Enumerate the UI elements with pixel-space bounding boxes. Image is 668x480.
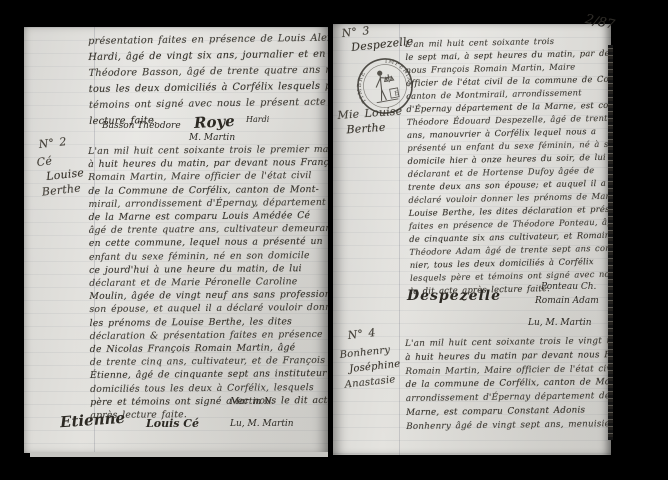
signature-ponteau: Ponteau Ch. [541, 282, 596, 292]
page-edge-right [608, 45, 613, 440]
register-scan: présentation faites en présence de Louis… [0, 0, 668, 480]
entry-2-text: L'an mil huit cent soixante trois le pre… [88, 143, 326, 422]
entry-4-text: L'an mil huit cent soixante trois le vin… [405, 335, 610, 434]
handwritten-line: de trente cinq ans, cultivateur, et de F… [90, 354, 326, 369]
handwritten-line: enfant du sexe féminin, né en son domici… [89, 249, 325, 264]
handwritten-line: Théodore Basson, âgé de trente quatre an… [88, 63, 324, 82]
handwritten-line: arrondissement d'Épernay département de … [406, 390, 610, 407]
margin-child-name-entry-3: Mie LouiseBerthe [337, 103, 409, 138]
handwritten-line: L'an mil huit cent soixante trois le vin… [405, 335, 609, 352]
handwritten-line: Bonhenry âgé de vingt sept ans, menuisie… [406, 418, 610, 435]
signature-lu-m-martin-1: Lu, M. Martin [230, 419, 294, 429]
handwritten-line: L'an mil huit cent soixante trois le pre… [88, 143, 324, 158]
margin-name-entry-4: BonhenryJoséphineAnastasie [339, 341, 413, 393]
handwritten-line: domiciliés tous les deux à Corfélix, les… [90, 381, 326, 396]
signature-etienne: Etienne [59, 409, 125, 431]
page-edge-bottom [30, 452, 328, 457]
left-page: présentation faites en présence de Louis… [24, 27, 328, 453]
handwritten-line: Romain Martin, Maire officier de l'état … [88, 169, 324, 184]
signature-louis-ce: Louis Cé [146, 417, 199, 430]
margin-note-entry-4: N° 4 [347, 321, 412, 343]
handwritten-line: mirail, arrondissement d'Épernay, départ… [88, 196, 324, 211]
right-page: N° 3 Despezelle E TIMBRE [333, 24, 611, 455]
handwritten-line: déclarant et de Marie Péronelle Caroline [89, 275, 325, 290]
handwritten-line: déclaration & présentation faites en pré… [90, 328, 326, 343]
signature-despezelle: Despezelle [407, 288, 501, 304]
signature-lu-m-martin-2: Lu, M. Martin [528, 318, 592, 328]
signature-m-martin-1: M. Martin [189, 133, 235, 143]
entry-4-number: N° 4 [347, 321, 412, 343]
handwritten-line: témoins ont signé avec nous le présent a… [89, 95, 325, 114]
signature-hardi: Hardi [246, 115, 269, 124]
handwritten-line: Romain Martin, Maire officier de l'état … [405, 363, 609, 380]
margin-note-entry-3: N° 3 Despezelle [341, 24, 414, 56]
handwritten-line: son épouse, et auquel il a déclaré voulo… [89, 301, 325, 316]
signature-martin-n: Martin N. [230, 397, 274, 407]
signature-roye: Roye [194, 112, 236, 132]
entry-3-text: L'an mil huit cent soixante troisle sept… [405, 34, 611, 298]
signature-basson-theodore: Basson Théodore [102, 121, 181, 131]
signature-romain-adam: Romain Adam [535, 296, 599, 306]
handwritten-line: âgé de trente quatre ans, cultivateur de… [89, 222, 325, 237]
handwritten-line: présentation faites en présence de Louis… [88, 31, 324, 50]
